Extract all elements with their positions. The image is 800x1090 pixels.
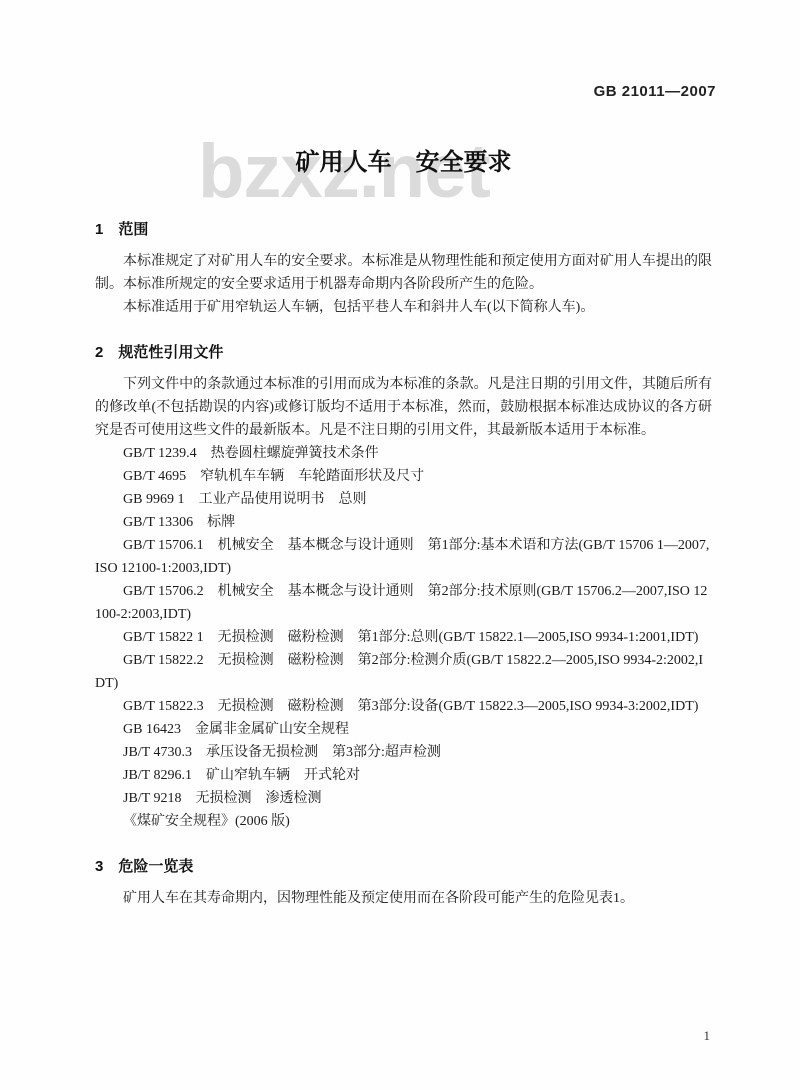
reference-item: JB/T 8296.1 矿山窄轨车辆 开式轮对 [95, 764, 712, 787]
section-2-heading: 2 规范性引用文件 [95, 343, 712, 363]
section-1-heading: 1 范围 [95, 220, 712, 240]
document-page: GB 21011—2007 bzxz.net 矿用人车 安全要求 1 范围 本标… [0, 0, 800, 1090]
reference-item: GB/T 15706.2 机械安全 基本概念与设计通则 第2部分:技术原则(GB… [95, 580, 712, 626]
reference-item: GB/T 15822.2 无损检测 磁粉检测 第2部分:检测介质(GB/T 15… [95, 649, 712, 695]
paragraph: 矿用人车在其寿命期内，因物理性能及预定使用而在各阶段可能产生的危险见表1。 [95, 887, 712, 910]
reference-item: GB/T 1239.4 热卷圆柱螺旋弹簧技术条件 [95, 442, 712, 465]
reference-item: JB/T 9218 无损检测 渗透检测 [95, 787, 712, 810]
reference-item: 《煤矿安全规程》(2006 版) [95, 810, 712, 833]
reference-item: GB/T 13306 标牌 [95, 511, 712, 534]
reference-item: JB/T 4730.3 承压设备无损检测 第3部分:超声检测 [95, 741, 712, 764]
paragraph: 本标准适用于矿用窄轨运人车辆，包括平巷人车和斜井人车(以下简称人车)。 [95, 296, 712, 319]
section-3-heading: 3 危险一览表 [95, 857, 712, 877]
reference-item: GB/T 15706.1 机械安全 基本概念与设计通则 第1部分:基本术语和方法… [95, 534, 712, 580]
reference-item: GB/T 15822.3 无损检测 磁粉检测 第3部分:设备(GB/T 1582… [95, 695, 712, 718]
reference-item: GB 16423 金属非金属矿山安全规程 [95, 718, 712, 741]
page-content: 矿用人车 安全要求 1 范围 本标准规定了对矿用人车的安全要求。本标准是从物理性… [0, 0, 800, 910]
doc-code: GB 21011—2007 [594, 83, 716, 100]
reference-item: GB/T 15822 1 无损检测 磁粉检测 第1部分:总则(GB/T 1582… [95, 626, 712, 649]
reference-item: GB 9969 1 工业产品使用说明书 总则 [95, 488, 712, 511]
page-number: 1 [704, 1028, 711, 1044]
reference-item: GB/T 4695 窄轨机车车辆 车轮踏面形状及尺寸 [95, 465, 712, 488]
paragraph: 下列文件中的条款通过本标准的引用而成为本标准的条款。凡是注日期的引用文件，其随后… [95, 373, 712, 442]
paragraph: 本标准规定了对矿用人车的安全要求。本标准是从物理性能和预定使用方面对矿用人车提出… [95, 250, 712, 296]
